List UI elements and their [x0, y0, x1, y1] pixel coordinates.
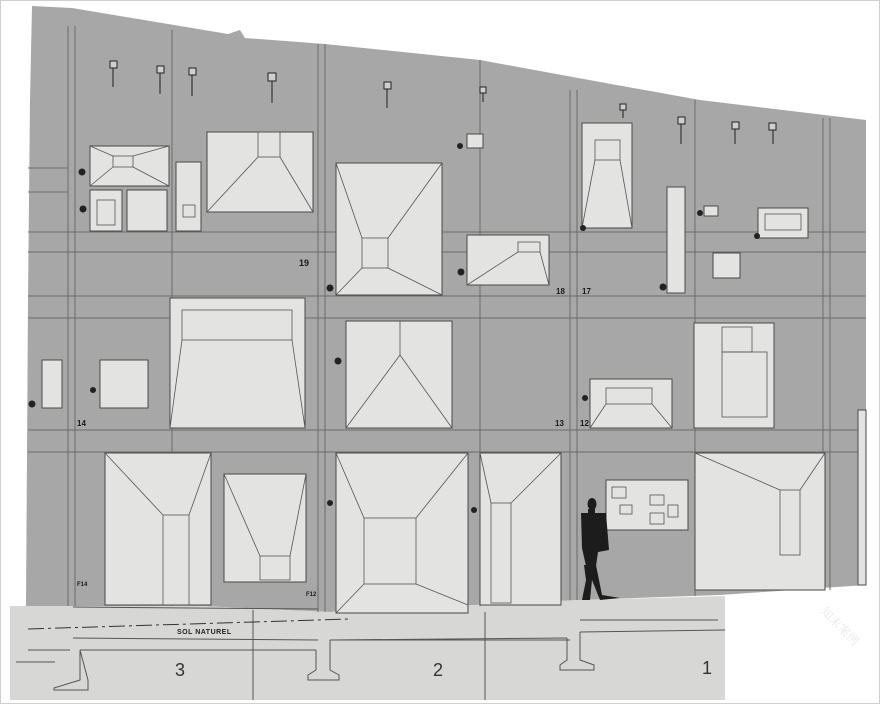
room-label-14: 14	[77, 419, 86, 428]
bay-number-1: 1	[702, 658, 712, 678]
ground-label: SOL NATUREL	[177, 629, 232, 636]
bay-number-3: 3	[175, 660, 185, 680]
watermark: 知末案例	[818, 604, 863, 649]
room-label-12: 12	[580, 419, 589, 428]
room-label-18: 18	[556, 287, 565, 296]
panel-label-f14: F14	[77, 582, 88, 588]
panel-label-f12: F12	[306, 592, 317, 598]
bay-number-2: 2	[433, 660, 443, 680]
room-label-17: 17	[582, 287, 591, 296]
room-label-19: 19	[299, 258, 309, 268]
elevation-drawing: SOL NATUREL 3 2 1 19 18 17 14 13 12 F14 …	[0, 0, 880, 704]
room-label-13: 13	[555, 419, 564, 428]
